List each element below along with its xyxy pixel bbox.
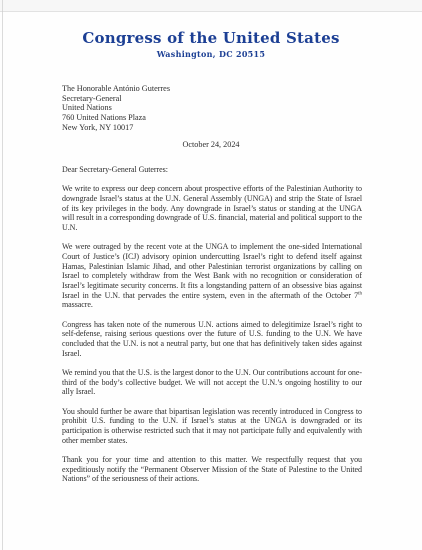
- body-paragraph-3: Congress has taken note of the numerous …: [62, 320, 362, 359]
- paragraph-text: We were outraged by the recent vote at t…: [62, 242, 362, 300]
- recipient-street: 760 United Nations Plaza: [62, 113, 170, 123]
- recipient-organization: United Nations: [62, 103, 170, 113]
- body-paragraph-1: We write to express our deep concern abo…: [62, 184, 362, 233]
- recipient-city: New York, NY 10017: [62, 123, 170, 133]
- body-paragraph-6: Thank you for your time and attention to…: [62, 455, 362, 484]
- letterhead: Congress of the United States Washington…: [0, 29, 422, 59]
- paragraph-text: We write to express our deep concern abo…: [62, 184, 362, 232]
- salutation: Dear Secretary-General Guterres:: [62, 165, 362, 175]
- paragraph-text: Thank you for your time and attention to…: [62, 455, 362, 483]
- paragraph-text: massacre.: [62, 300, 93, 309]
- body-paragraph-2: We were outraged by the recent vote at t…: [62, 242, 362, 310]
- letter-date: October 24, 2024: [0, 140, 422, 150]
- scan-edge-top: [0, 0, 422, 12]
- scan-edge-left: [2, 0, 3, 550]
- salutation-text: Dear Secretary-General Guterres:: [62, 165, 168, 174]
- letter-body: Dear Secretary-General Guterres: We writ…: [62, 165, 362, 493]
- letter-page: Congress of the United States Washington…: [0, 0, 422, 550]
- recipient-title: Secretary-General: [62, 94, 170, 104]
- paragraph-text: Congress has taken note of the numerous …: [62, 320, 362, 358]
- ordinal-superscript: th: [358, 291, 362, 296]
- body-paragraph-4: We remind you that the U.S. is the large…: [62, 368, 362, 397]
- letterhead-subtitle: Washington, DC 20515: [0, 49, 422, 59]
- recipient-address-block: The Honorable António Guterres Secretary…: [62, 84, 170, 133]
- body-paragraph-5: You should further be aware that biparti…: [62, 407, 362, 446]
- letterhead-title: Congress of the United States: [0, 29, 422, 47]
- recipient-name: The Honorable António Guterres: [62, 84, 170, 94]
- paragraph-text: We remind you that the U.S. is the large…: [62, 368, 362, 396]
- paragraph-text: You should further be aware that biparti…: [62, 407, 362, 445]
